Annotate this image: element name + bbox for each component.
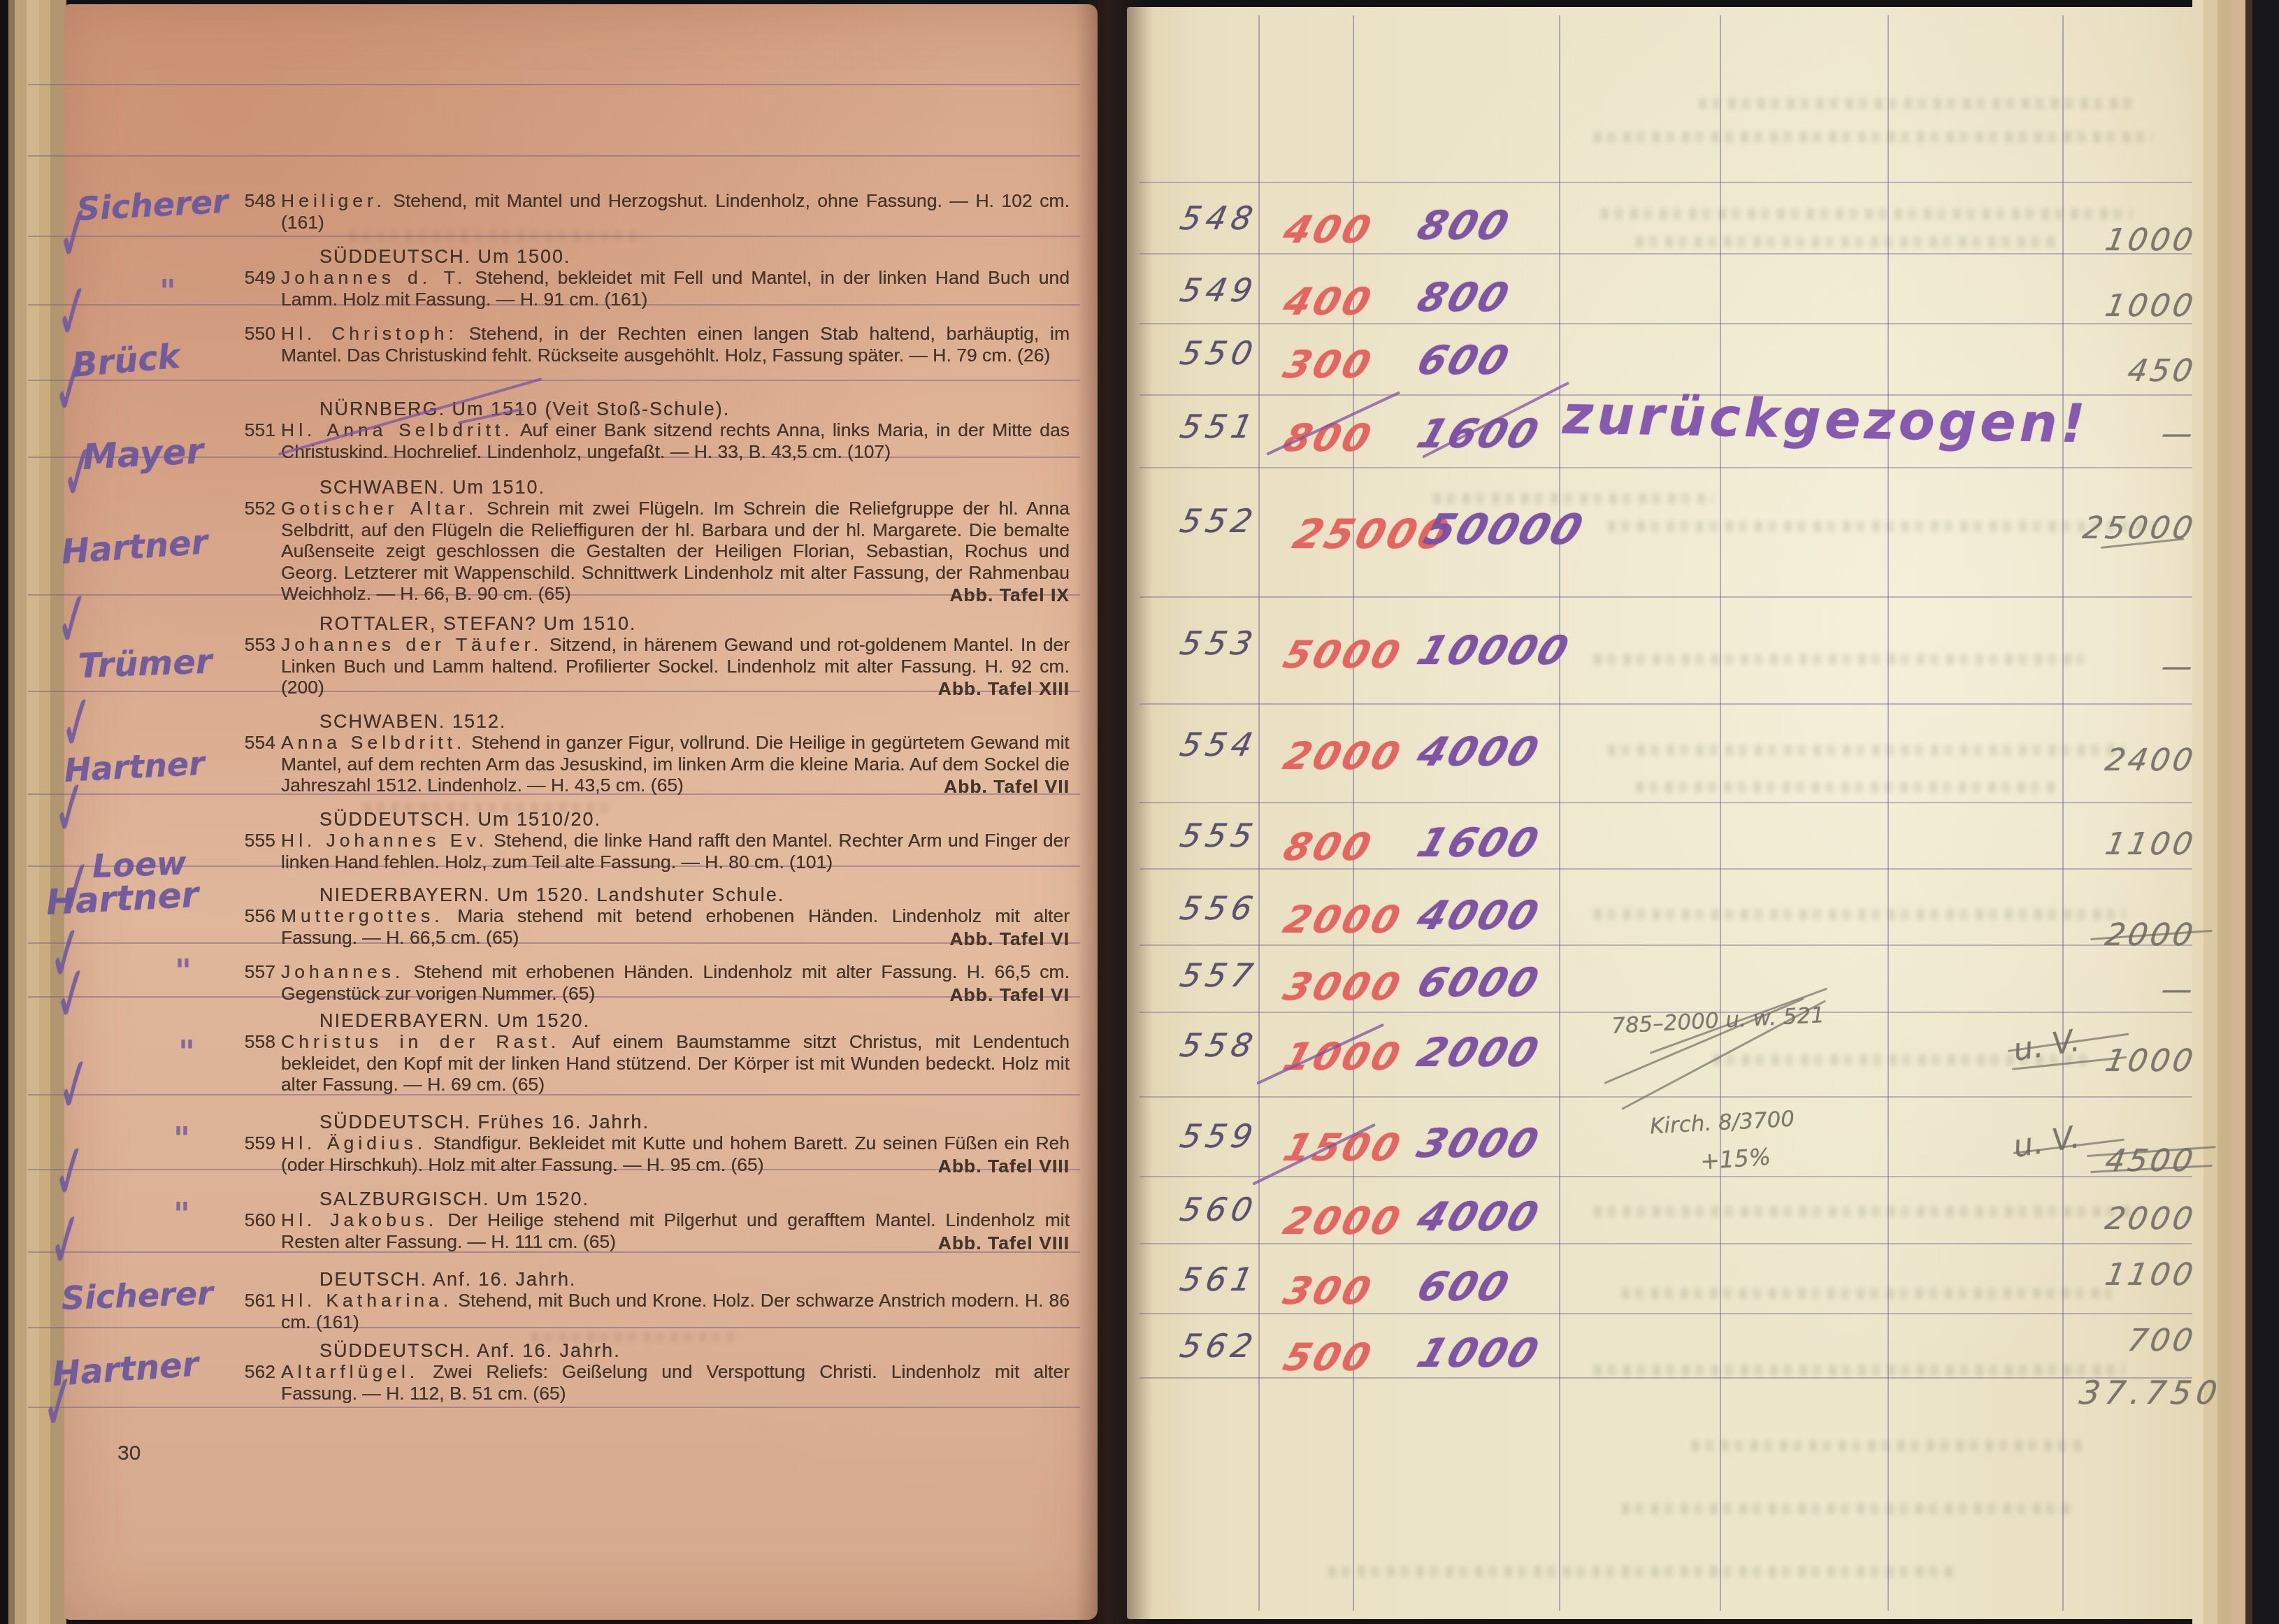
ledger-rule-line — [1139, 1243, 2192, 1244]
ledger-lot-number: 562 — [1148, 1327, 1260, 1365]
ledger-limit-red: 800 — [1279, 416, 1379, 460]
pencil-annotation: Kirch. 8/3700 — [1649, 1107, 1795, 1140]
ledger-estimate-purple: 50000 — [1418, 505, 1590, 554]
ledger-limit-red: 3000 — [1279, 965, 1407, 1009]
strike-through-mark — [278, 378, 542, 456]
ledger-limit-red: 400 — [1279, 208, 1379, 252]
ledger-rule-line — [1139, 182, 2192, 183]
ledger-rule-line — [1139, 1313, 2192, 1314]
ledger-limit-red: 5000 — [1279, 633, 1407, 677]
ledger-limit-red: 300 — [1279, 1269, 1379, 1313]
ledger-lot-number: 554 — [1148, 726, 1260, 763]
ledger-estimate-purple: 6000 — [1411, 960, 1546, 1006]
ledger-rule-line — [1139, 467, 2192, 468]
ledger-limit-red: 2000 — [1279, 898, 1407, 942]
ledger-result-pencil: 1100 — [2046, 826, 2199, 862]
ledger-limit-red: 2000 — [1279, 1199, 1407, 1243]
ledger-lot-number: 560 — [1148, 1191, 1260, 1228]
ledger-estimate-purple: 800 — [1411, 275, 1516, 321]
ledger-estimate-purple: 4000 — [1411, 729, 1546, 775]
ledger-estimate-purple: 1000 — [1411, 1330, 1546, 1377]
ledger-result-pencil: 1000 — [2046, 288, 2199, 324]
ledger-estimate-purple: 1600 — [1411, 820, 1546, 866]
ledger-estimate-purple: 2000 — [1411, 1030, 1546, 1076]
ledger-result-pencil: 2000 — [2046, 917, 2199, 953]
ledger-result-pencil: — — [2046, 972, 2199, 1007]
ledger-result-pencil: — — [2046, 649, 2199, 684]
ledger-lot-number: 551 — [1148, 408, 1260, 445]
ledger-rule-line — [1139, 596, 2192, 598]
scanned-catalogue-spread: 548Heiliger. Stehend, mit Mantel und Her… — [0, 0, 2279, 1624]
ledger-column-line — [1258, 15, 1260, 1611]
sum-total: 37.750 — [2077, 1374, 2224, 1411]
ledger-estimate-purple: 600 — [1411, 338, 1516, 384]
ledger-estimate-purple: 4000 — [1411, 1194, 1546, 1240]
ledger-estimate-purple: 4000 — [1411, 893, 1546, 939]
ledger-estimate-purple: 600 — [1411, 1264, 1516, 1310]
ledger-limit-red: 300 — [1279, 343, 1379, 387]
ledger-limit-red: 400 — [1279, 280, 1379, 324]
ledger-lot-number: 553 — [1148, 624, 1260, 662]
ledger-column-line — [1888, 15, 1889, 1611]
ledger-rule-line — [1139, 944, 2192, 946]
ledger-rule-line — [1139, 253, 2192, 254]
ledger-lot-number: 549 — [1148, 271, 1260, 309]
page-number: 30 — [117, 1442, 141, 1465]
ledger-rule-line — [1139, 802, 2192, 803]
ledger-limit-red: 500 — [1279, 1335, 1379, 1379]
ledger-result-pencil: 450 — [2046, 353, 2199, 389]
ledger-result-pencil: 2000 — [2046, 1201, 2199, 1237]
ledger-result-pencil: 2400 — [2046, 742, 2199, 778]
withdrawn-note: zurückgezogen! — [1562, 383, 2089, 454]
right-page-content: 5484008001000549400800100055030060045055… — [0, 0, 2279, 1624]
ledger-rule-line — [1139, 1176, 2192, 1177]
ledger-column-line — [1559, 15, 1560, 1611]
ledger-rule-line — [1139, 703, 2192, 705]
ledger-lot-number: 548 — [1148, 199, 1260, 237]
ledger-result-pencil: 1100 — [2046, 1257, 2199, 1293]
ledger-estimate-purple: 3000 — [1411, 1121, 1546, 1167]
ledger-result-pencil: 1000 — [2046, 222, 2199, 258]
ledger-rule-line — [1139, 1096, 2192, 1098]
ledger-result-pencil: 700 — [2046, 1323, 2199, 1358]
ledger-lot-number: 550 — [1148, 334, 1260, 372]
ledger-estimate-purple: 10000 — [1411, 628, 1576, 674]
ledger-lot-number: 552 — [1148, 502, 1260, 540]
ledger-lot-number: 555 — [1148, 817, 1260, 854]
ledger-limit-red: 2000 — [1279, 734, 1407, 778]
ledger-limit-red: 800 — [1279, 825, 1379, 869]
ledger-lot-number: 559 — [1148, 1117, 1260, 1155]
pencil-annotation: +15% — [1699, 1143, 1771, 1175]
strike-through-mark — [458, 408, 524, 424]
ledger-estimate-purple: 800 — [1411, 203, 1516, 249]
ledger-lot-number: 561 — [1148, 1260, 1260, 1298]
ledger-lot-number: 558 — [1148, 1026, 1260, 1064]
ledger-lot-number: 557 — [1148, 956, 1260, 994]
ledger-lot-number: 556 — [1148, 889, 1260, 927]
ledger-column-line — [1720, 15, 1721, 1611]
